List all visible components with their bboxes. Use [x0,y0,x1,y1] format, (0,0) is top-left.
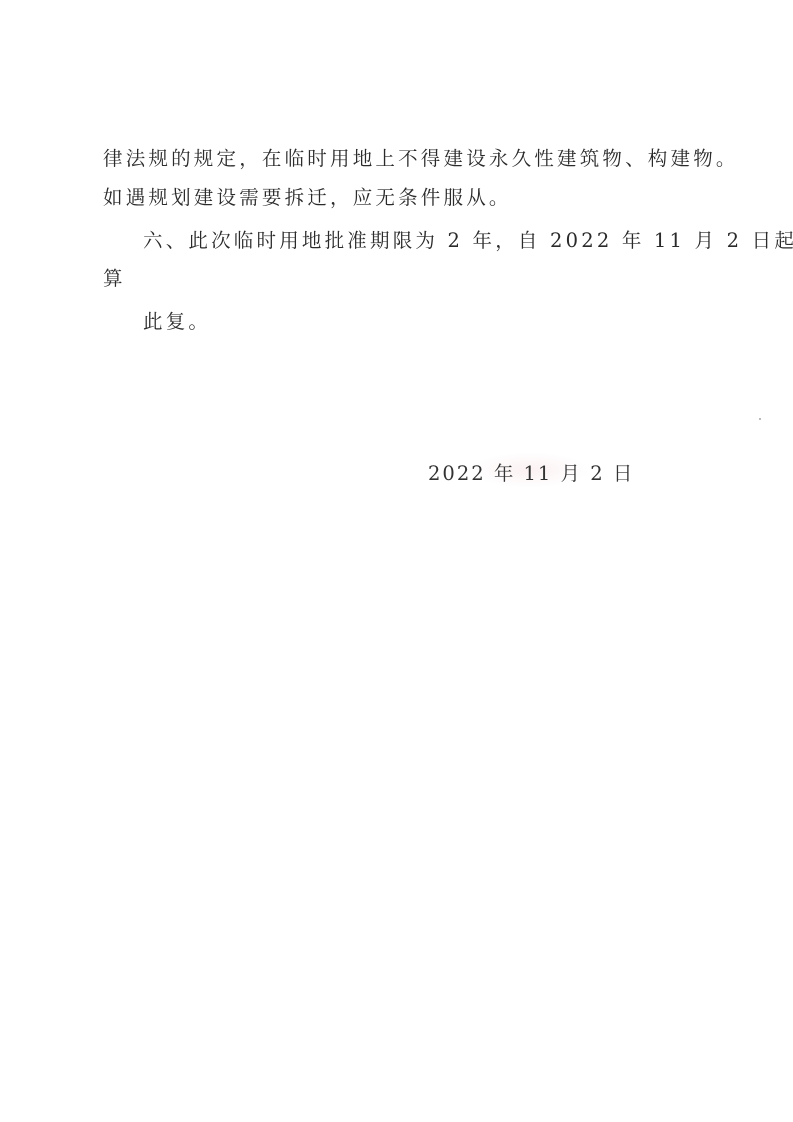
paragraph-line-2: 如遇规划建设需要拆迁，应无条件服从。 [103,186,512,210]
clause-six-line-1: 六、此次临时用地批准期限为 2 年，自 2022 年 11 月 2 日起计 [143,229,793,253]
clause-six-line-2: 算 [103,267,126,291]
scan-speck [759,418,761,420]
document-date: 2022 年 11 月 2 日 [428,458,634,486]
closing-remark: 此复。 [143,310,211,334]
paragraph-line-1: 律法规的规定，在临时用地上不得建设永久性建筑物、构建物。 [103,147,739,171]
